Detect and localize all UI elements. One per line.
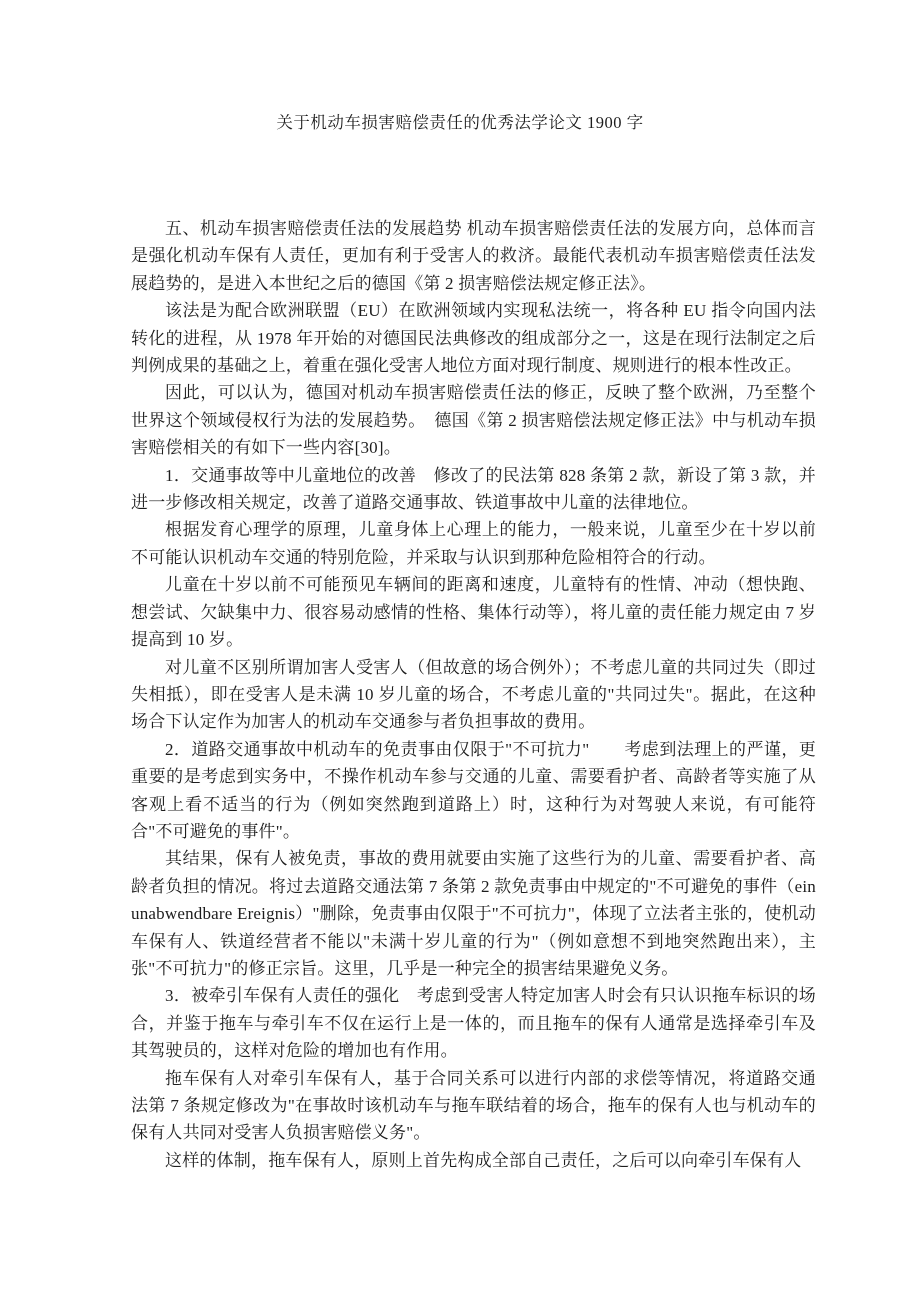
- document-paragraph: 其结果，保有人被免责，事故的费用就要由实施了这些行为的儿童、需要看护者、高龄者负…: [131, 845, 816, 982]
- document-paragraph: 这样的体制，拖车保有人，原则上首先构成全部自己责任，之后可以向牵引车保有人: [131, 1147, 816, 1174]
- document-paragraph: 2．道路交通事故中机动车的免责事由仅限于"不可抗力" 考虑到法理上的严谨，更重要…: [131, 736, 816, 846]
- document-paragraph: 拖车保有人对牵引车保有人，基于合同关系可以进行内部的求偿等情况，将道路交通法第 …: [131, 1065, 816, 1147]
- document-paragraph: 儿童在十岁以前不可能预见车辆间的距离和速度，儿童特有的性情、冲动（想快跑、想尝试…: [131, 571, 816, 653]
- document-paragraph: 因此，可以认为，德国对机动车损害赔偿责任法的修正，反映了整个欧洲，乃至整个世界这…: [131, 379, 816, 461]
- document-page: 关于机动车损害赔偿责任的优秀法学论文 1900 字 五、机动车损害赔偿责任法的发…: [0, 0, 920, 1302]
- document-paragraph: 五、机动车损害赔偿责任法的发展趋势 机动车损害赔偿责任法的发展方向，总体而言是强…: [131, 215, 816, 297]
- document-paragraph: 根据发育心理学的原理，儿童身体上心理上的能力，一般来说，儿童至少在十岁以前不可能…: [131, 516, 816, 571]
- document-paragraph: 该法是为配合欧洲联盟（EU）在欧洲领域内实现私法统一，将各种 EU 指令向国内法…: [131, 297, 816, 379]
- document-title: 关于机动车损害赔偿责任的优秀法学论文 1900 字: [0, 111, 920, 135]
- document-body: 五、机动车损害赔偿责任法的发展趋势 机动车损害赔偿责任法的发展方向，总体而言是强…: [131, 215, 816, 1174]
- document-paragraph: 1．交通事故等中儿童地位的改善 修改了的民法第 828 条第 2 款，新设了第 …: [131, 462, 816, 517]
- document-paragraph: 对儿童不区别所谓加害人受害人（但故意的场合例外）；不考虑儿童的共同过失（即过失相…: [131, 654, 816, 736]
- document-paragraph: 3．被牵引车保有人责任的强化 考虑到受害人特定加害人时会有只认识拖车标识的场合，…: [131, 982, 816, 1064]
